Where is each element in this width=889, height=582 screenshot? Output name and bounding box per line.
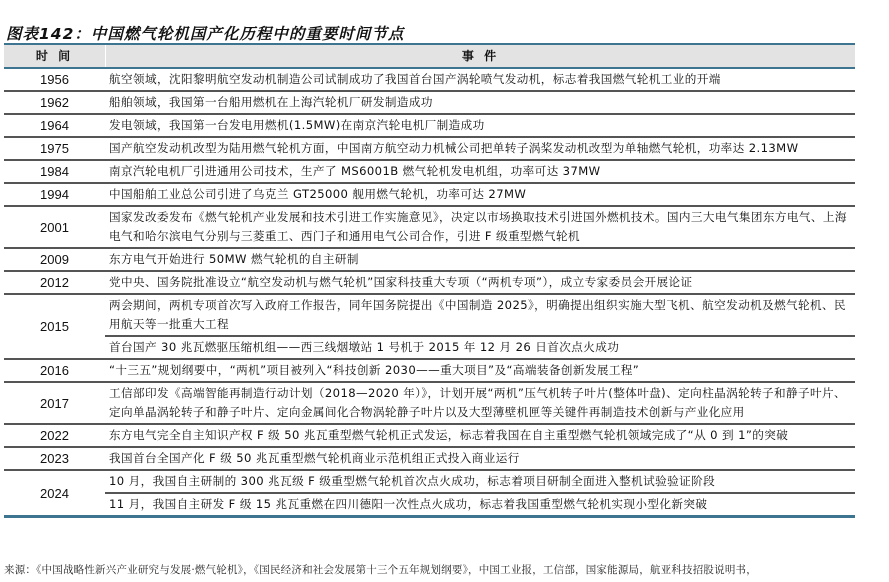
year-cell: 1962 bbox=[4, 92, 105, 113]
event-cell: 两会期间，两机专项首次写入政府工作报告，同年国务院提出《中国制造 2025》，明… bbox=[105, 295, 855, 335]
event-cell-group: 南京汽轮电机厂引进通用公司技术，生产了 MS6001B 燃气轮机发电机组，功率可… bbox=[105, 161, 855, 182]
table-row: 2015两会期间，两机专项首次写入政府工作报告，同年国务院提出《中国制造 202… bbox=[4, 295, 855, 360]
event-cell-group: 国产航空发动机改型为陆用燃气轮机方面，中国南方航空动力机械公司把单转子涡桨发动机… bbox=[105, 138, 855, 159]
year-cell: 1994 bbox=[4, 184, 105, 205]
event-cell-group: 国家发改委发布《燃气轮机产业发展和技术引进工作实施意见》，决定以市场换取技术引进… bbox=[105, 207, 855, 247]
event-cell: 东方电气开始进行 50MW 燃气轮机的自主研制 bbox=[105, 249, 855, 270]
table-row: 2009东方电气开始进行 50MW 燃气轮机的自主研制 bbox=[4, 249, 855, 272]
event-cell: 党中央、国务院批准设立“航空发动机与燃气轮机”国家科技重大专项（“两机专项”），… bbox=[105, 272, 855, 293]
year-cell: 1975 bbox=[4, 138, 105, 159]
event-cell: 10 月，我国自主研制的 300 兆瓦级 F 级重型燃气轮机首次点火成功，标志着… bbox=[105, 471, 855, 492]
event-cell-group: “十三五”规划纲要中，“两机”项目被列入“科技创新 2030——重大项目”及“高… bbox=[105, 360, 855, 381]
event-cell: 我国首台全国产化 F 级 50 兆瓦重型燃气轮机商业示范机组正式投入商业运行 bbox=[105, 448, 855, 469]
event-cell-group: 东方电气完全自主知识产权 F 级 50 兆瓦重型燃气轮机正式发运，标志着我国在自… bbox=[105, 425, 855, 446]
event-cell: 发电领域，我国第一台发电用燃机(1.5MW)在南京汽轮电机厂制造成功 bbox=[105, 115, 855, 136]
event-cell: 国产航空发动机改型为陆用燃气轮机方面，中国南方航空动力机械公司把单转子涡桨发动机… bbox=[105, 138, 855, 159]
header-event: 事 件 bbox=[106, 45, 855, 67]
milestones-table: 时 间 事 件 1956航空领域，沈阳黎明航空发动机制造公司试制成功了我国首台国… bbox=[4, 43, 855, 518]
year-cell: 2016 bbox=[4, 360, 105, 381]
year-cell: 1984 bbox=[4, 161, 105, 182]
table-row: 1975国产航空发动机改型为陆用燃气轮机方面，中国南方航空动力机械公司把单转子涡… bbox=[4, 138, 855, 161]
table-row: 2023我国首台全国产化 F 级 50 兆瓦重型燃气轮机商业示范机组正式投入商业… bbox=[4, 448, 855, 471]
event-cell-group: 船舶领域，我国第一台船用燃机在上海汽轮机厂研发制造成功 bbox=[105, 92, 855, 113]
table-row: 2022东方电气完全自主知识产权 F 级 50 兆瓦重型燃气轮机正式发运，标志着… bbox=[4, 425, 855, 448]
year-cell: 1964 bbox=[4, 115, 105, 136]
year-cell: 1956 bbox=[4, 69, 105, 90]
event-cell-group: 党中央、国务院批准设立“航空发动机与燃气轮机”国家科技重大专项（“两机专项”），… bbox=[105, 272, 855, 293]
year-cell: 2023 bbox=[4, 448, 105, 469]
year-cell: 2022 bbox=[4, 425, 105, 446]
event-cell-group: 两会期间，两机专项首次写入政府工作报告，同年国务院提出《中国制造 2025》，明… bbox=[105, 295, 855, 358]
table-header: 时 间 事 件 bbox=[4, 43, 855, 69]
year-cell: 2024 bbox=[4, 471, 105, 515]
header-time: 时 间 bbox=[4, 45, 106, 67]
event-cell: 中国船舶工业总公司引进了乌克兰 GT25000 舰用燃气轮机，功率可达 27MW bbox=[105, 184, 855, 205]
table-body: 1956航空领域，沈阳黎明航空发动机制造公司试制成功了我国首台国产涡轮喷气发动机… bbox=[4, 69, 855, 518]
event-cell-group: 发电领域，我国第一台发电用燃机(1.5MW)在南京汽轮电机厂制造成功 bbox=[105, 115, 855, 136]
event-cell: “十三五”规划纲要中，“两机”项目被列入“科技创新 2030——重大项目”及“高… bbox=[105, 360, 855, 381]
event-cell: 航空领域，沈阳黎明航空发动机制造公司试制成功了我国首台国产涡轮喷气发动机，标志着… bbox=[105, 69, 855, 90]
year-cell: 2015 bbox=[4, 295, 105, 358]
year-cell: 2017 bbox=[4, 383, 105, 423]
year-cell: 2001 bbox=[4, 207, 105, 247]
year-cell: 2009 bbox=[4, 249, 105, 270]
event-cell-group: 东方电气开始进行 50MW 燃气轮机的自主研制 bbox=[105, 249, 855, 270]
event-cell-group: 10 月，我国自主研制的 300 兆瓦级 F 级重型燃气轮机首次点火成功，标志着… bbox=[105, 471, 855, 515]
table-row: 1956航空领域，沈阳黎明航空发动机制造公司试制成功了我国首台国产涡轮喷气发动机… bbox=[4, 69, 855, 92]
year-cell: 2012 bbox=[4, 272, 105, 293]
table-row: 2001国家发改委发布《燃气轮机产业发展和技术引进工作实施意见》，决定以市场换取… bbox=[4, 207, 855, 249]
table-row: 2016“十三五”规划纲要中，“两机”项目被列入“科技创新 2030——重大项目… bbox=[4, 360, 855, 383]
event-cell: 工信部印发《高端智能再制造行动计划（2018—2020 年）》，计划开展“两机”… bbox=[105, 383, 855, 423]
event-cell-group: 航空领域，沈阳黎明航空发动机制造公司试制成功了我国首台国产涡轮喷气发动机，标志着… bbox=[105, 69, 855, 90]
source-note: 来源：《中国战略性新兴产业研究与发展·燃气轮机》，《国民经济和社会发展第十三个五… bbox=[4, 562, 757, 577]
event-cell: 东方电气完全自主知识产权 F 级 50 兆瓦重型燃气轮机正式发运，标志着我国在自… bbox=[105, 425, 855, 446]
table-row: 1964发电领域，我国第一台发电用燃机(1.5MW)在南京汽轮电机厂制造成功 bbox=[4, 115, 855, 138]
event-cell: 南京汽轮电机厂引进通用公司技术，生产了 MS6001B 燃气轮机发电机组，功率可… bbox=[105, 161, 855, 182]
table-row: 2012党中央、国务院批准设立“航空发动机与燃气轮机”国家科技重大专项（“两机专… bbox=[4, 272, 855, 295]
table-row: 1962船舶领域，我国第一台船用燃机在上海汽轮机厂研发制造成功 bbox=[4, 92, 855, 115]
event-cell: 国家发改委发布《燃气轮机产业发展和技术引进工作实施意见》，决定以市场换取技术引进… bbox=[105, 207, 855, 247]
event-cell: 船舶领域，我国第一台船用燃机在上海汽轮机厂研发制造成功 bbox=[105, 92, 855, 113]
event-cell: 11 月，我国自主研发 F 级 15 兆瓦重燃在四川德阳一次性点火成功，标志着我… bbox=[105, 492, 855, 515]
event-cell-group: 中国船舶工业总公司引进了乌克兰 GT25000 舰用燃气轮机，功率可达 27MW bbox=[105, 184, 855, 205]
figure-title: 图表142：中国燃气轮机国产化历程中的重要时间节点 bbox=[6, 22, 404, 44]
event-cell-group: 工信部印发《高端智能再制造行动计划（2018—2020 年）》，计划开展“两机”… bbox=[105, 383, 855, 423]
table-row: 2017工信部印发《高端智能再制造行动计划（2018—2020 年）》，计划开展… bbox=[4, 383, 855, 425]
event-cell: 首台国产 30 兆瓦燃驱压缩机组——西三线烟墩站 1 号机于 2015 年 12… bbox=[105, 335, 855, 358]
table-row: 1994中国船舶工业总公司引进了乌克兰 GT25000 舰用燃气轮机，功率可达 … bbox=[4, 184, 855, 207]
table-row: 1984南京汽轮电机厂引进通用公司技术，生产了 MS6001B 燃气轮机发电机组… bbox=[4, 161, 855, 184]
event-cell-group: 我国首台全国产化 F 级 50 兆瓦重型燃气轮机商业示范机组正式投入商业运行 bbox=[105, 448, 855, 469]
table-row: 202410 月，我国自主研制的 300 兆瓦级 F 级重型燃气轮机首次点火成功… bbox=[4, 471, 855, 518]
